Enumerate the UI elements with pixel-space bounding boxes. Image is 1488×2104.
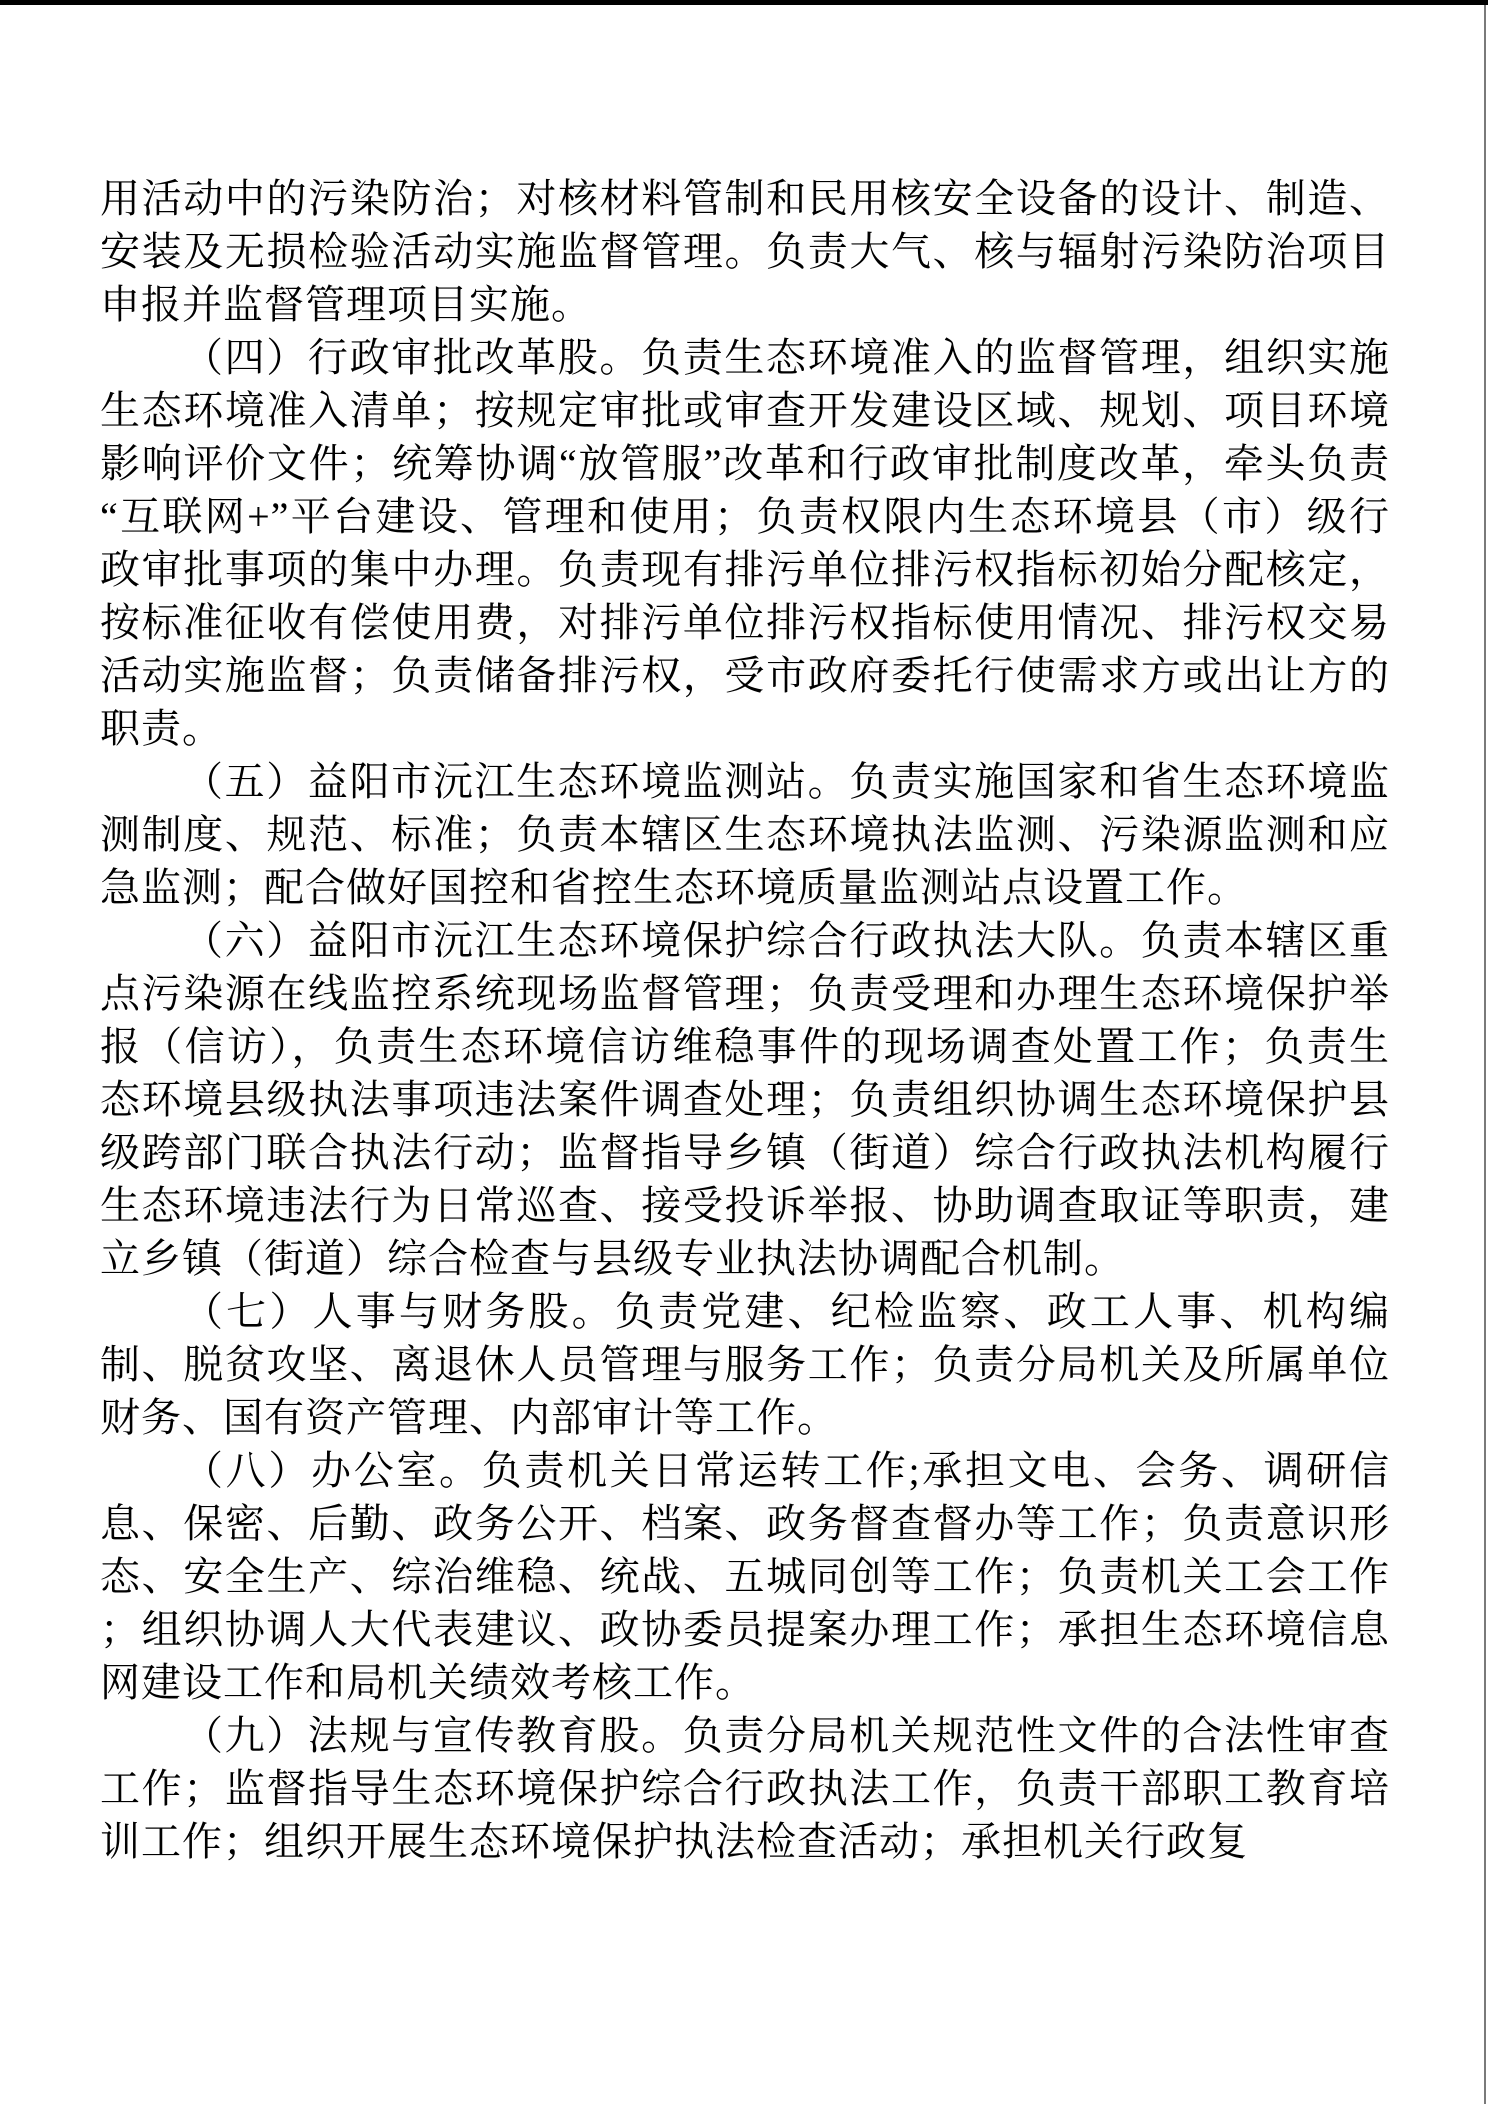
paragraph-section-6: （六）益阳市沅江生态环境保护综合行政执法大队。负责本辖区重点污染源在线监控系统现… bbox=[100, 914, 1390, 1285]
paragraph-section-8: （八）办公室。负责机关日常运转工作;承担文电、会务、调研信息、保密、后勤、政务公… bbox=[100, 1444, 1390, 1709]
top-edge-bar bbox=[0, 0, 1488, 5]
paragraph-section-9: （九）法规与宣传教育股。负责分局机关规范性文件的合法性审查工作；监督指导生态环境… bbox=[100, 1709, 1390, 1868]
document-page-content: 用活动中的污染防治；对核材料管制和民用核安全设备的设计、制造、安装及无损检验活动… bbox=[100, 172, 1390, 1868]
paragraph-section-4: （四）行政审批改革股。负责生态环境准入的监督管理，组织实施生态环境准入清单；按规… bbox=[100, 331, 1390, 755]
paragraph-section-5: （五）益阳市沅江生态环境监测站。负责实施国家和省生态环境监测制度、规范、标准；负… bbox=[100, 755, 1390, 914]
right-edge-line bbox=[1484, 5, 1486, 2104]
paragraph-continuation: 用活动中的污染防治；对核材料管制和民用核安全设备的设计、制造、安装及无损检验活动… bbox=[100, 172, 1390, 331]
paragraph-section-7: （七）人事与财务股。负责党建、纪检监察、政工人事、机构编制、脱贫攻坚、离退休人员… bbox=[100, 1285, 1390, 1444]
